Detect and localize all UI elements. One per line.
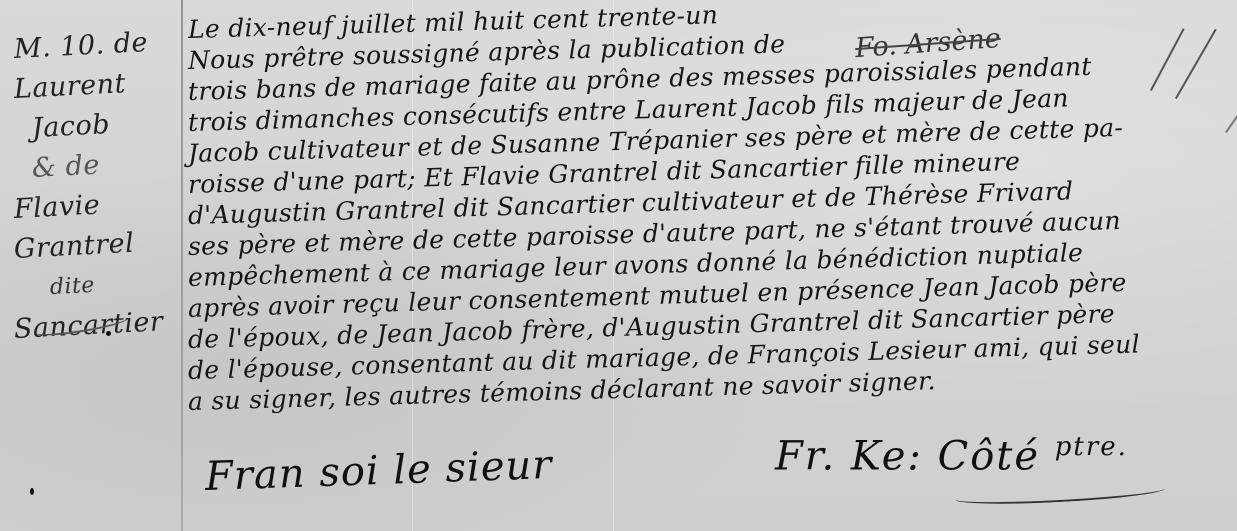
- priest-name: Côté: [938, 433, 1040, 479]
- signature-flourish: [955, 481, 1166, 508]
- priest-signature: Fr. Ke: Côté ptre.: [775, 432, 1128, 479]
- ink-dot: [106, 331, 111, 336]
- ink-dot: [30, 488, 34, 495]
- priest-suffix: ptre.: [1055, 432, 1128, 462]
- witness-signature: Fran soi le sieur: [204, 442, 553, 500]
- margin-note: M. 10. de Laurent Jacob & de Flavie Gran…: [14, 30, 179, 350]
- record-body: Le dix-neuf juillet mil huit cent trente…: [188, 14, 1228, 417]
- margin-rule: [181, 0, 183, 531]
- priest-initials: Fr. Ke:: [775, 433, 923, 479]
- document-scan: M. 10. de Laurent Jacob & de Flavie Gran…: [0, 0, 1237, 531]
